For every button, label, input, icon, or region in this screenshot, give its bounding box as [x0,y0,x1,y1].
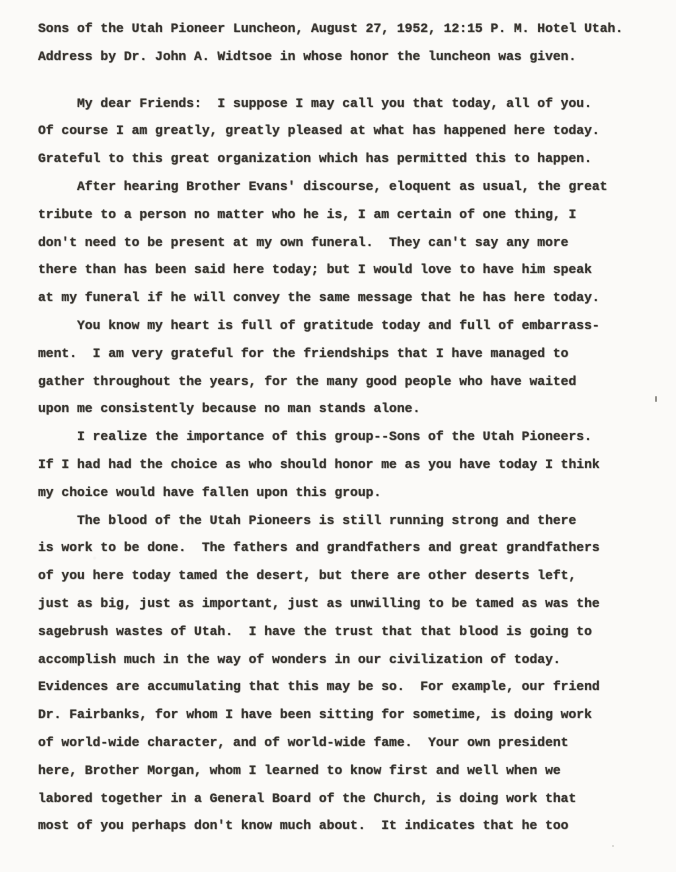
paragraph: I realize the importance of this group--… [38,423,676,506]
text-line: labored together in a General Board of t… [38,785,676,813]
text-line: don't need to be present at my own funer… [38,229,676,257]
text-line: Dr. Fairbanks, for whom I have been sitt… [38,701,676,729]
text-line: here, Brother Morgan, whom I learned to … [38,757,676,785]
text-line: Evidences are accumulating that this may… [38,673,676,701]
text-line: of you here today tamed the desert, but … [38,562,676,590]
text-line: upon me consistently because no man stan… [38,395,676,423]
scan-speck [466,826,467,829]
text-line: most of you perhaps don't know much abou… [38,812,676,840]
text-line: I realize the importance of this group--… [38,423,676,451]
text-line: My dear Friends: I suppose I may call yo… [38,90,676,118]
text-line: Grateful to this great organization whic… [38,145,676,173]
text-line: gather throughout the years, for the man… [38,368,676,396]
paragraph: The blood of the Utah Pioneers is still … [38,507,676,841]
header-line: Sons of the Utah Pioneer Luncheon, Augus… [38,15,676,43]
scanned-document-page: Sons of the Utah Pioneer Luncheon, Augus… [0,0,676,872]
header-line: Address by Dr. John A. Widtsoe in whose … [38,43,676,71]
text-line: is work to be done. The fathers and gran… [38,534,676,562]
document-header: Sons of the Utah Pioneer Luncheon, Augus… [0,0,676,71]
text-line: there than has been said here today; but… [38,256,676,284]
text-line: accomplish much in the way of wonders in… [38,646,676,674]
paragraph: After hearing Brother Evans' discourse, … [38,173,676,312]
text-line: at my funeral if he will convey the same… [38,284,676,312]
text-line: my choice would have fallen upon this gr… [38,479,676,507]
paragraph: My dear Friends: I suppose I may call yo… [38,90,676,173]
text-line: of world-wide character, and of world-wi… [38,729,676,757]
paragraph: You know my heart is full of gratitude t… [38,312,676,423]
text-line: You know my heart is full of gratitude t… [38,312,676,340]
text-line: tribute to a person no matter who he is,… [38,201,676,229]
text-line: After hearing Brother Evans' discourse, … [38,173,676,201]
document-body: My dear Friends: I suppose I may call yo… [0,90,676,841]
text-line: just as big, just as important, just as … [38,590,676,618]
scan-speck [655,396,657,402]
text-line: The blood of the Utah Pioneers is still … [38,507,676,535]
text-line: Of course I am greatly, greatly pleased … [38,117,676,145]
text-line: ment. I am very grateful for the friends… [38,340,676,368]
scan-speck [612,845,614,847]
text-line: sagebrush wastes of Utah. I have the tru… [38,618,676,646]
text-line: If I had had the choice as who should ho… [38,451,676,479]
